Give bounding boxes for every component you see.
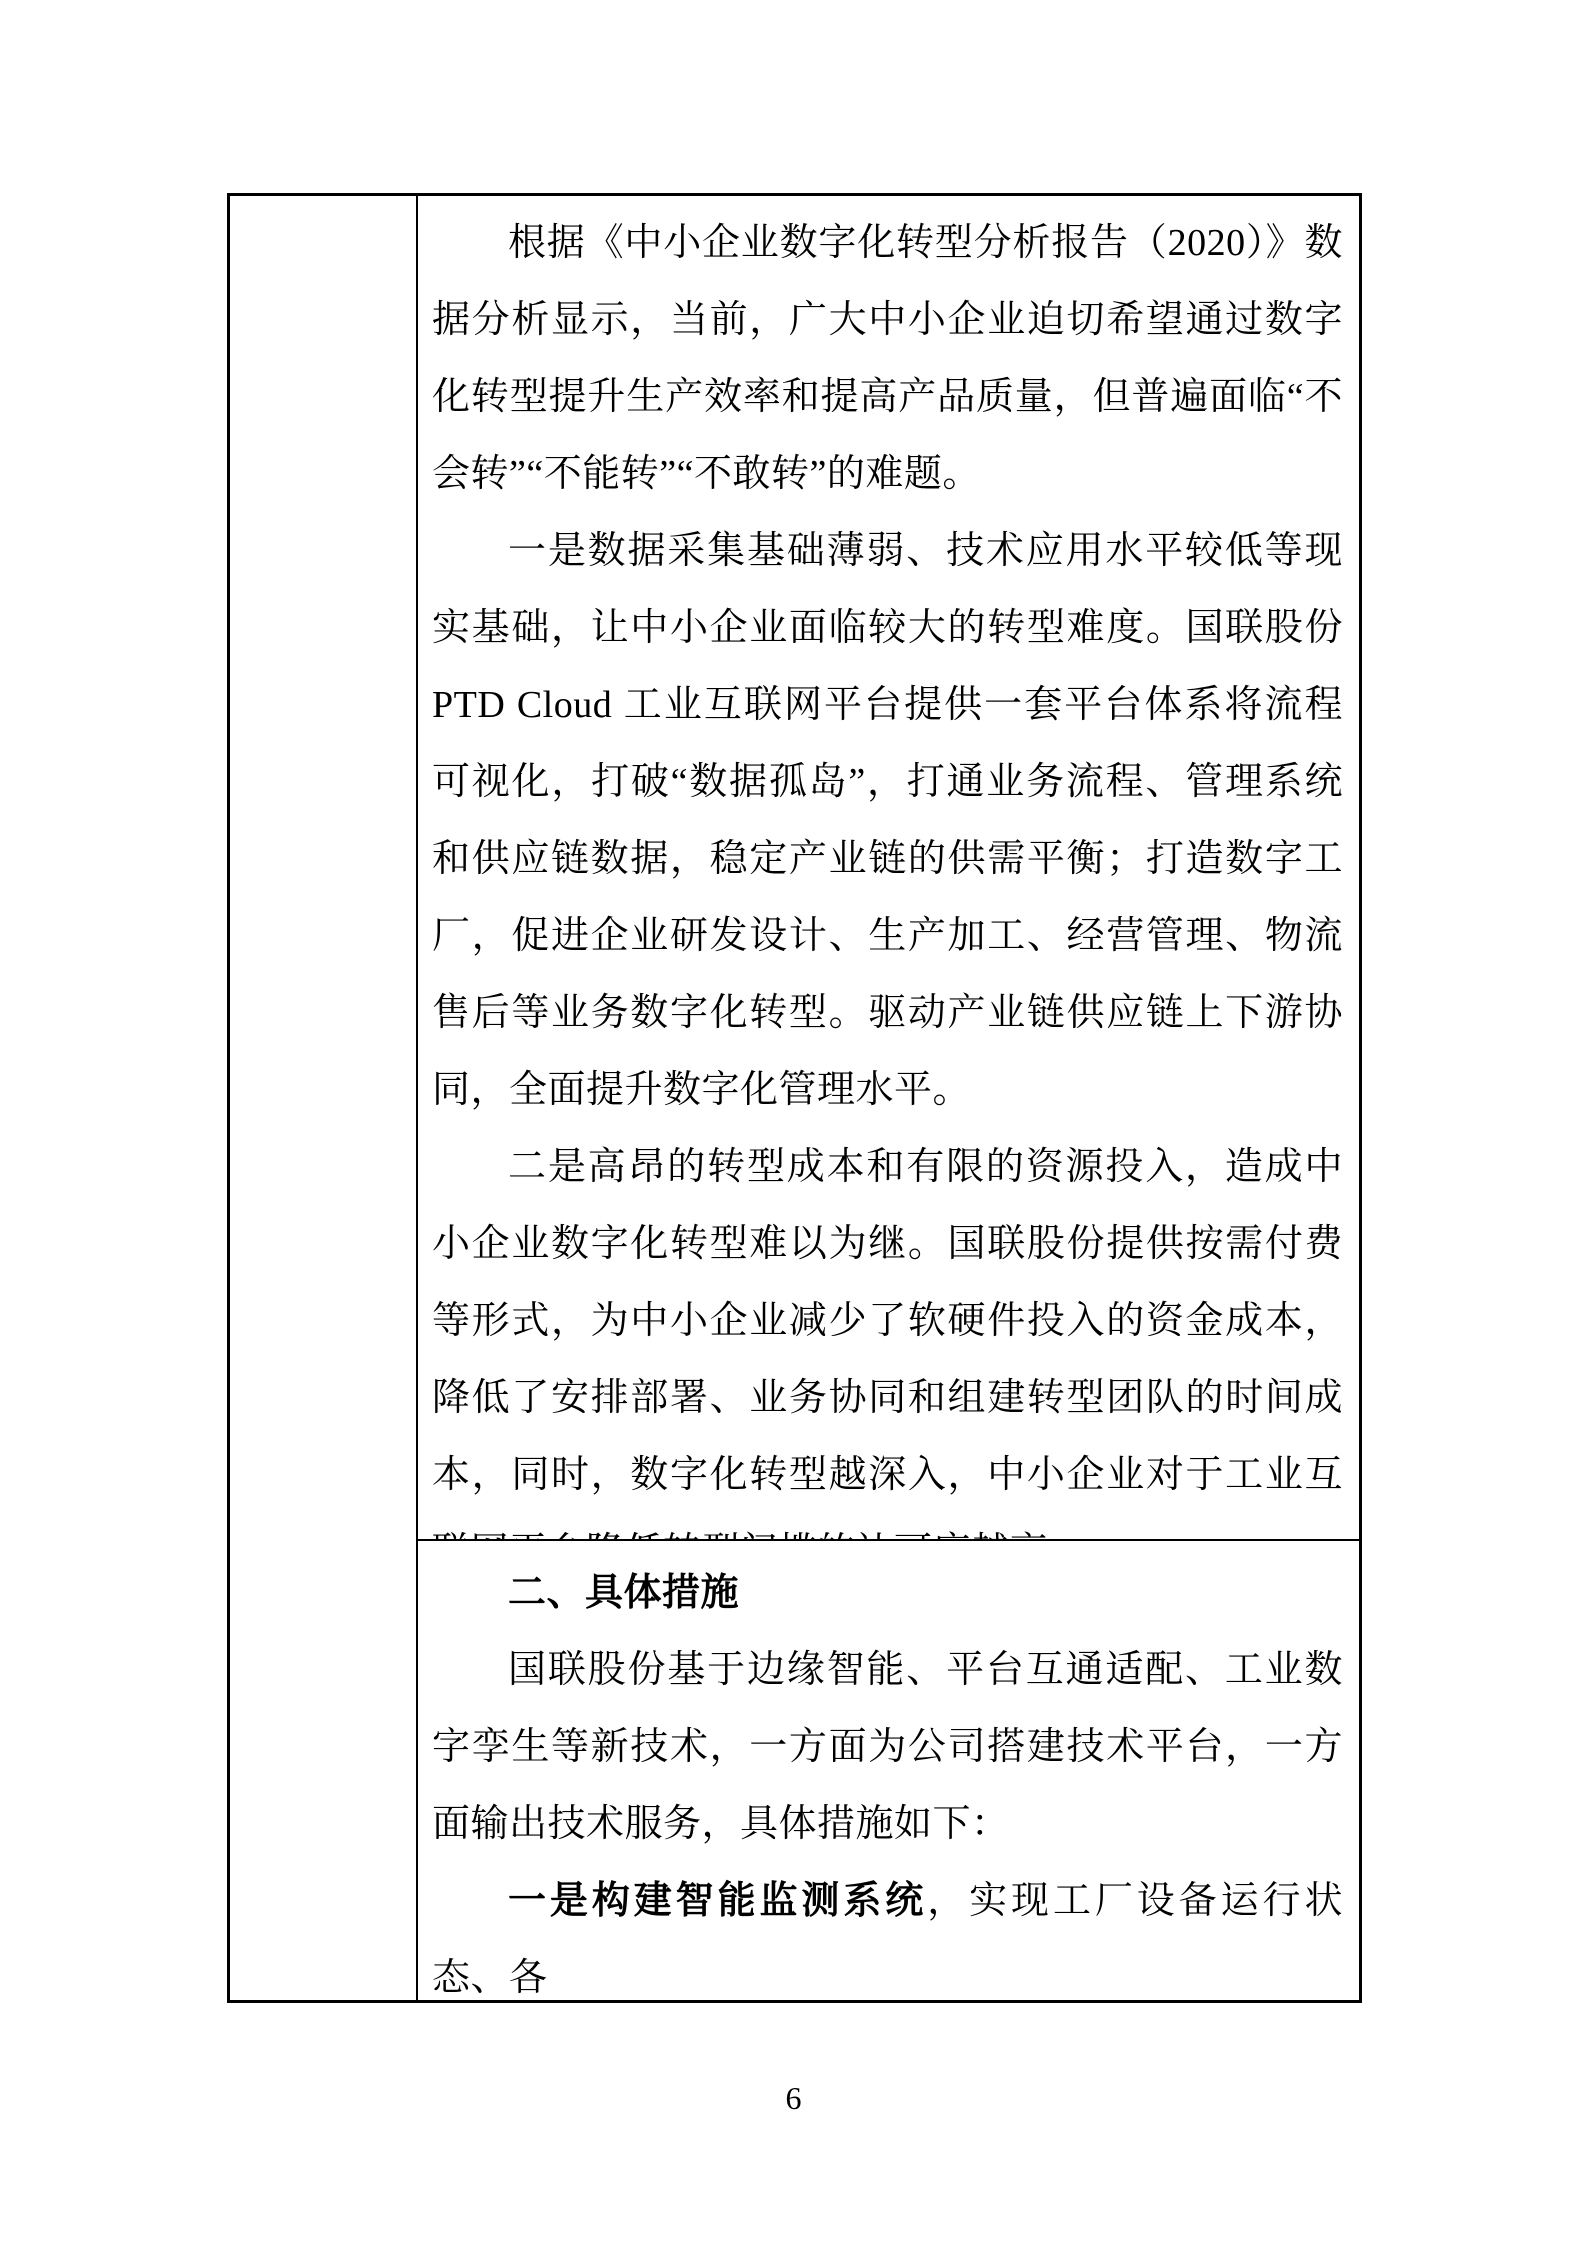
page-number: 6 [0, 2078, 1587, 2118]
measure-one-lead: 一是构建智能监测系统 [508, 1880, 927, 1922]
table-cell-overview: 根据《中小企业数字化转型分析报告（2020）》数据分析显示，当前，广大中小企业迫… [418, 196, 1359, 1541]
paragraph-challenge-one: 一是数据采集基础薄弱、技术应用水平较低等现实基础，让中小企业面临较大的转型难度。… [432, 513, 1343, 1129]
table-right-column: 根据《中小企业数字化转型分析报告（2020）》数据分析显示，当前，广大中小企业迫… [418, 196, 1359, 2000]
document-page: 根据《中小企业数字化转型分析报告（2020）》数据分析显示，当前，广大中小企业迫… [0, 0, 1587, 2245]
table-cell-measures: 二、具体措施 国联股份基于边缘智能、平台互通适配、工业数字孪生等新技术，一方面为… [418, 1541, 1359, 2000]
section-heading-measures: 二、具体措施 [432, 1555, 1343, 1632]
paragraph-challenge-two: 二是高昂的转型成本和有限的资源投入，造成中小企业数字化转型难以为继。国联股份提供… [432, 1129, 1343, 1541]
paragraph-measure-one: 一是构建智能监测系统，实现工厂设备运行状态、各 [432, 1863, 1343, 2000]
paragraph-report-summary: 根据《中小企业数字化转型分析报告（2020）》数据分析显示，当前，广大中小企业迫… [432, 205, 1343, 513]
paragraph-measures-intro: 国联股份基于边缘智能、平台互通适配、工业数字孪生等新技术，一方面为公司搭建技术平… [432, 1632, 1343, 1863]
table-left-cell [230, 196, 418, 2000]
content-table: 根据《中小企业数字化转型分析报告（2020）》数据分析显示，当前，广大中小企业迫… [227, 193, 1362, 2003]
